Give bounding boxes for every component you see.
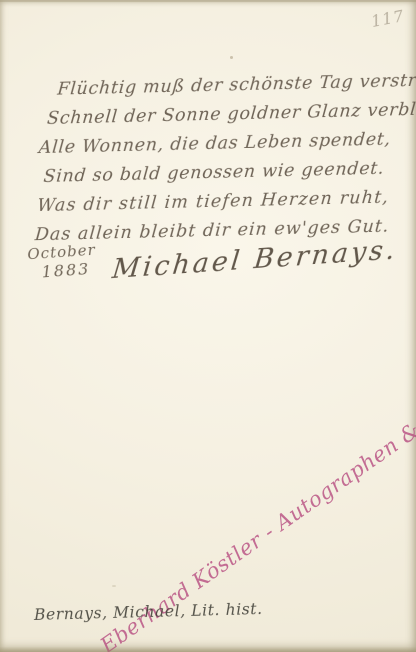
paper-speck xyxy=(112,585,116,587)
catalog-note: Bernays, Michael, Lit. hist. xyxy=(34,600,263,624)
date-block: October 1883 xyxy=(27,241,98,283)
handwritten-poem: Flüchtig muß der schönste Tag verstreich… xyxy=(0,67,416,251)
page-number: 117 xyxy=(370,6,407,31)
paper-speck xyxy=(230,56,233,59)
manuscript-page: 117 Flüchtig muß der schönste Tag verstr… xyxy=(0,0,416,652)
